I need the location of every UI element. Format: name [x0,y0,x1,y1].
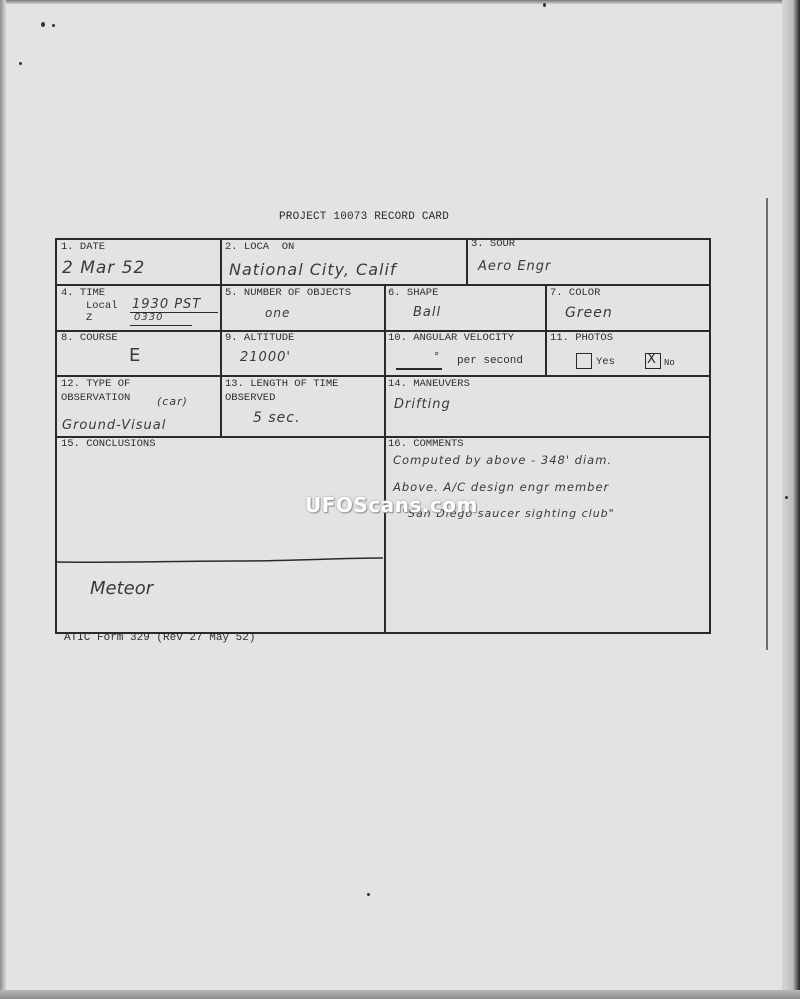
time-local-value: 1930 PST [132,297,201,312]
conclusions-label: 15. CONCLUSIONS [61,438,156,451]
scan-speck [52,24,55,27]
col-divider [545,284,547,376]
comments-label: 16. COMMENTS [388,438,464,451]
time-label: 4. TIME [61,287,105,300]
col-divider [220,284,222,436]
degree-symbol: ° [433,351,440,364]
shape-value: Ball [413,305,441,320]
length-of-time-label: 13. LENGTH OF TIME [225,378,338,391]
watermark: UFOScans.com [305,493,478,517]
row-divider [55,284,711,286]
source-top-rule [550,238,708,240]
time-underline [130,325,192,326]
date-label: 1. DATE [61,241,105,254]
form-number: ATIC Form 329 (Rev 27 May 52) [64,632,255,644]
course-value: E [129,345,141,366]
number-of-objects-value: one [265,306,290,320]
angular-velocity-blank [396,368,442,370]
photos-no-label: No [664,357,675,370]
scan-speck [367,893,370,896]
comments-line-1: Computed by above - 348' diam. [393,453,612,467]
time-z-value: 0330 [134,312,163,323]
date-value: 2 Mar 52 [62,258,145,278]
col-divider [384,284,386,632]
source-value: Aero Engr [478,259,551,274]
altitude-value: 21000' [240,350,291,365]
card-title: PROJECT 10073 RECORD CARD [279,211,449,223]
scan-speck [543,3,546,7]
photos-label: 11. PHOTOS [550,332,613,345]
maneuvers-label: 14. MANEUVERS [388,378,470,391]
shape-label: 6. SHAPE [388,287,438,300]
location-value: National City, Calif [229,260,397,279]
maneuvers-value: Drifting [394,397,451,412]
source-label: 3. SOUR [471,238,515,251]
time-z-label: Z [86,312,92,325]
type-of-observation-value: Ground-Visual [62,418,166,433]
angular-velocity-label: 10. ANGULAR VELOCITY [388,332,514,345]
scan-edge-right [782,0,800,999]
course-label: 8. COURSE [61,332,118,345]
scan-speck [41,22,45,27]
length-of-time-label-2: OBSERVED [225,392,275,405]
location-label: 2. LOCA ON [225,241,294,254]
comments-line-2: Above. A/C design engr member [393,480,609,494]
fold-line [766,198,768,650]
conclusions-value: Meteor [90,578,153,599]
type-of-observation-label: 12. TYPE OF [61,378,130,391]
scan-edge-bottom [0,990,800,999]
scan-speck [19,62,22,65]
col-divider [466,238,468,284]
photos-yes-label: Yes [596,356,615,369]
color-label: 7. COLOR [550,287,600,300]
scan-speck [785,496,788,499]
type-of-observation-annotation: (car) [157,395,188,408]
color-value: Green [565,305,613,321]
photos-no-checkbox[interactable] [645,353,661,369]
type-of-observation-label-2: OBSERVATION [61,392,130,405]
number-of-objects-label: 5. NUMBER OF OBJECTS [225,287,351,300]
row-divider [55,375,711,377]
angular-velocity-unit: per second [457,355,523,368]
photos-yes-checkbox[interactable] [576,353,592,369]
col-divider [220,238,222,284]
altitude-label: 9. ALTITUDE [225,332,294,345]
conclusions-divider [57,556,383,568]
length-of-time-value: 5 sec. [253,410,300,426]
